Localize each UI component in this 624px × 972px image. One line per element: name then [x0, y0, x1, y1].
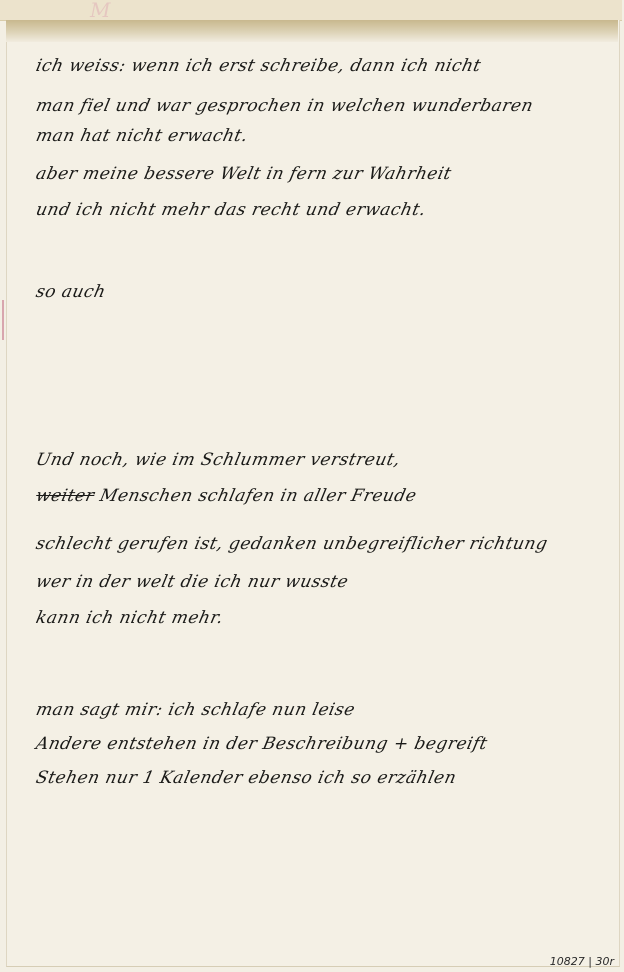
handwritten-line: Und noch, wie im Schlummer verstreut, — [34, 450, 402, 470]
fold-shadow — [6, 20, 618, 42]
catalog-number: 10827 | 30r — [550, 955, 614, 968]
handwritten-line: Stehen nur 1 Kalender ebenso ich so erzä… — [34, 768, 458, 788]
handwritten-line: man fiel und war gesprochen in welchen w… — [34, 96, 535, 116]
handwritten-line-text: Menschen schlafen in aller Freude — [98, 486, 419, 506]
handwritten-line: Andere entstehen in der Beschreibung + b… — [34, 734, 489, 754]
bleed-through-text: M — [90, 0, 144, 22]
bound-edge-strip: M — [0, 0, 622, 21]
handwritten-line: man hat nicht erwacht. — [34, 126, 250, 146]
handwritten-line: man sagt mir: ich schlafe nun leise — [34, 700, 357, 720]
handwritten-line: ich weiss: wenn ich erst schreibe, dann … — [34, 56, 483, 76]
handwritten-line: aber meine bessere Welt in fern zur Wahr… — [34, 164, 453, 184]
manuscript-page: M ich weiss: wenn ich erst schreibe, dan… — [0, 0, 624, 972]
handwritten-line: schlecht gerufen ist, gedanken unbegreif… — [34, 534, 550, 554]
handwritten-line: und ich nicht mehr das recht und erwacht… — [34, 200, 428, 220]
handwritten-line: weiter Menschen schlafen in aller Freude — [34, 486, 419, 506]
handwritten-line: wer in der welt die ich nur wusste — [34, 572, 350, 592]
handwritten-line: kann ich nicht mehr. — [34, 608, 225, 628]
struck-word: weiter — [34, 486, 96, 506]
handwritten-line: so auch — [34, 282, 108, 302]
edge-mark — [2, 300, 4, 340]
